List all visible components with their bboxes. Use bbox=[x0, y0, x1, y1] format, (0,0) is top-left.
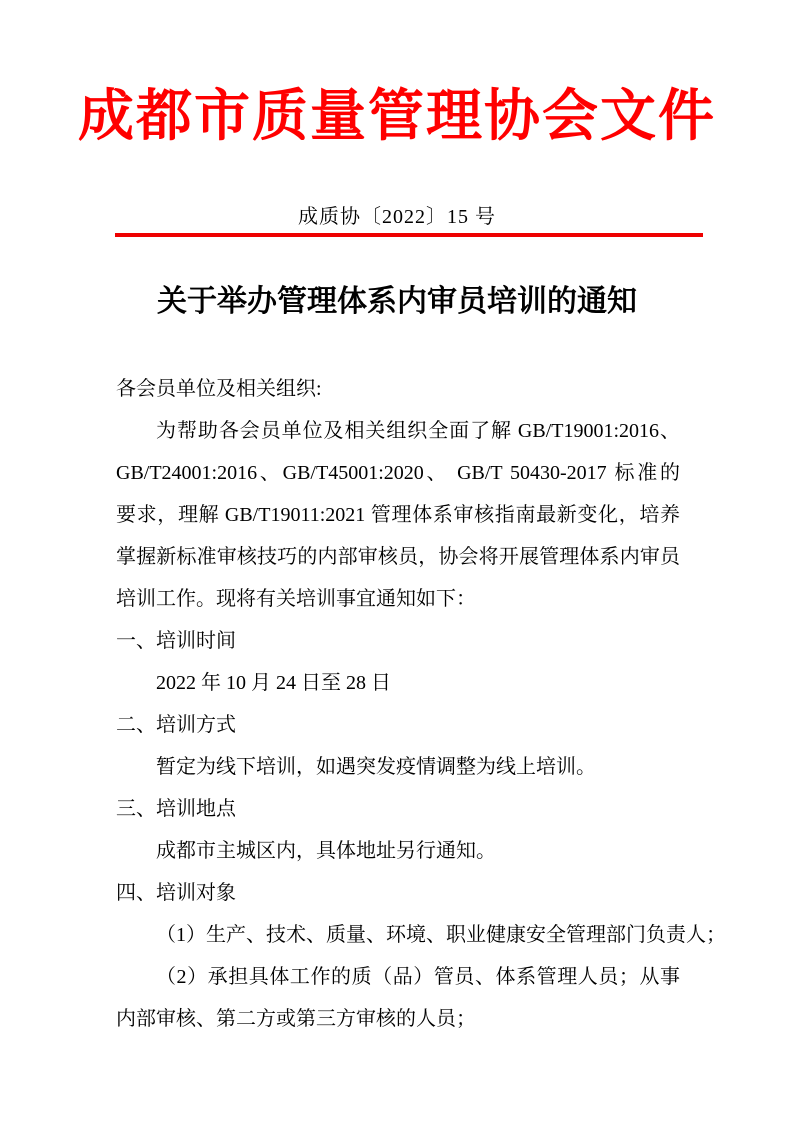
body-line: （1）生产、技术、质量、环境、职业健康安全管理部门负责人； bbox=[116, 914, 680, 956]
document-number: 成质协〔2022〕15 号 bbox=[0, 205, 794, 229]
body-line-salutation: 各会员单位及相关组织: bbox=[116, 368, 680, 410]
red-divider-line bbox=[115, 233, 703, 237]
body-line: 2022 年 10 月 24 日至 28 日 bbox=[116, 662, 680, 704]
body-line: 为帮助各会员单位及相关组织全面了解 GB/T19001:2016、 bbox=[116, 410, 680, 452]
section-heading-2: 二、培训方式 bbox=[116, 704, 680, 746]
section-heading-3: 三、培训地点 bbox=[116, 788, 680, 830]
body-line: 要求，理解 GB/T19011:2021 管理体系审核指南最新变化，培养 bbox=[116, 494, 680, 536]
body-line: 培训工作。现将有关培训事宜通知如下： bbox=[116, 578, 680, 620]
body-line: 暂定为线下培训，如遇突发疫情调整为线上培训。 bbox=[116, 746, 680, 788]
section-heading-1: 一、培训时间 bbox=[116, 620, 680, 662]
document-title: 关于举办管理体系内审员培训的通知 bbox=[0, 283, 794, 321]
body-line: 掌握新标准审核技巧的内部审核员，协会将开展管理体系内审员 bbox=[116, 536, 680, 578]
body-line: 成都市主城区内，具体地址另行通知。 bbox=[116, 830, 680, 872]
body-line: GB/T24001:2016、GB/T45001:2020、 GB/T 5043… bbox=[116, 452, 680, 494]
section-heading-4: 四、培训对象 bbox=[116, 872, 680, 914]
body-line: （2）承担具体工作的质（品）管员、体系管理人员；从事 bbox=[116, 956, 680, 998]
document-page: 成都市质量管理协会文件 成质协〔2022〕15 号 关于举办管理体系内审员培训的… bbox=[0, 0, 794, 1123]
document-body: 各会员单位及相关组织: 为帮助各会员单位及相关组织全面了解 GB/T19001:… bbox=[116, 368, 680, 1040]
body-line: 内部审核、第二方或第三方审核的人员； bbox=[116, 998, 680, 1040]
red-header-title: 成都市质量管理协会文件 bbox=[0, 0, 794, 150]
